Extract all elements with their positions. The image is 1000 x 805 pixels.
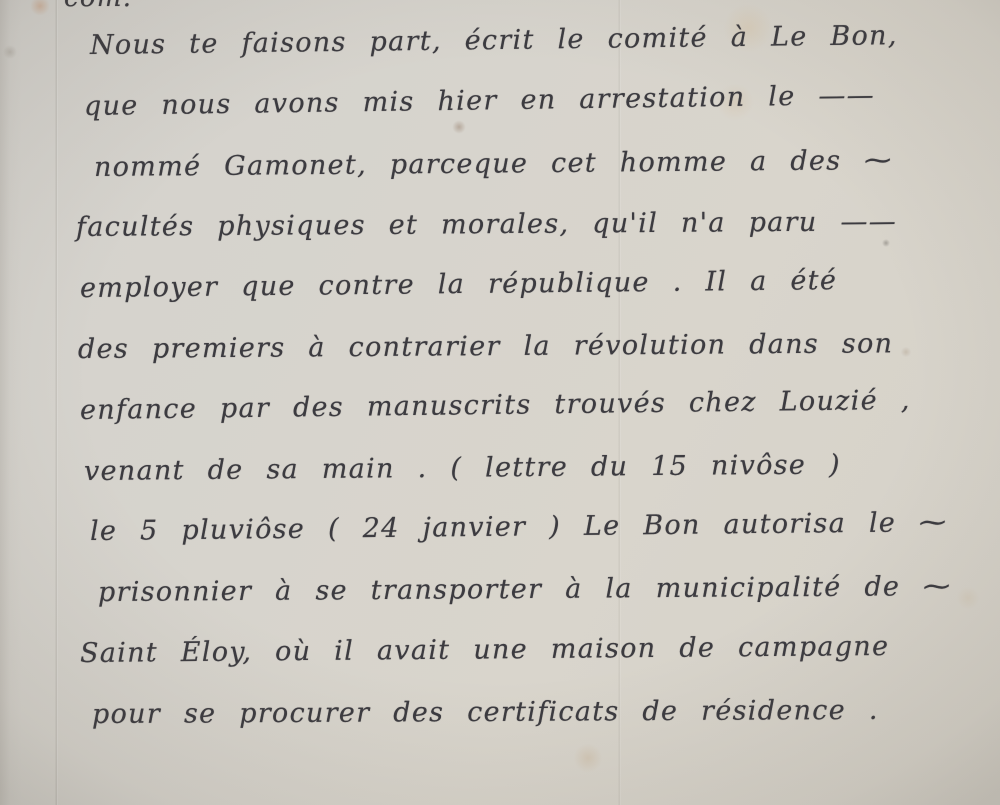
manuscript-line: facultés physiques et morales, qu'il n'a… bbox=[76, 192, 1000, 259]
manuscript-line: pour se procurer des certificats de rési… bbox=[92, 680, 1000, 746]
manuscript-line: le 5 pluviôse ( 24 janvier ) Le Bon auto… bbox=[90, 493, 1000, 563]
manuscript-line: Saint Éloy, où il avait une maison de ca… bbox=[80, 616, 1000, 685]
manuscript-lines: Nous te faisons part, écrit le comité à … bbox=[58, 16, 1000, 746]
manuscript-line: employer que contre la république . Il a… bbox=[80, 250, 1000, 320]
manuscript-photo: com. Nous te faisons part, écrit le comi… bbox=[0, 0, 1000, 805]
manuscript-line: venant de sa main . ( lettre du 15 nivôs… bbox=[84, 434, 1000, 503]
manuscript-line: que nous avons mis hier en arrestation l… bbox=[84, 64, 1000, 138]
manuscript-line: nommé Gamonet, parceque cet homme a des … bbox=[94, 130, 1000, 199]
cropped-line-fragment: com. bbox=[64, 0, 132, 13]
manuscript-line: prisonnier à se transporter à la municip… bbox=[98, 557, 1000, 624]
handwritten-text: com. Nous te faisons part, écrit le comi… bbox=[0, 0, 1000, 805]
manuscript-line: enfance par des manuscrits trouvés chez … bbox=[80, 370, 1000, 442]
